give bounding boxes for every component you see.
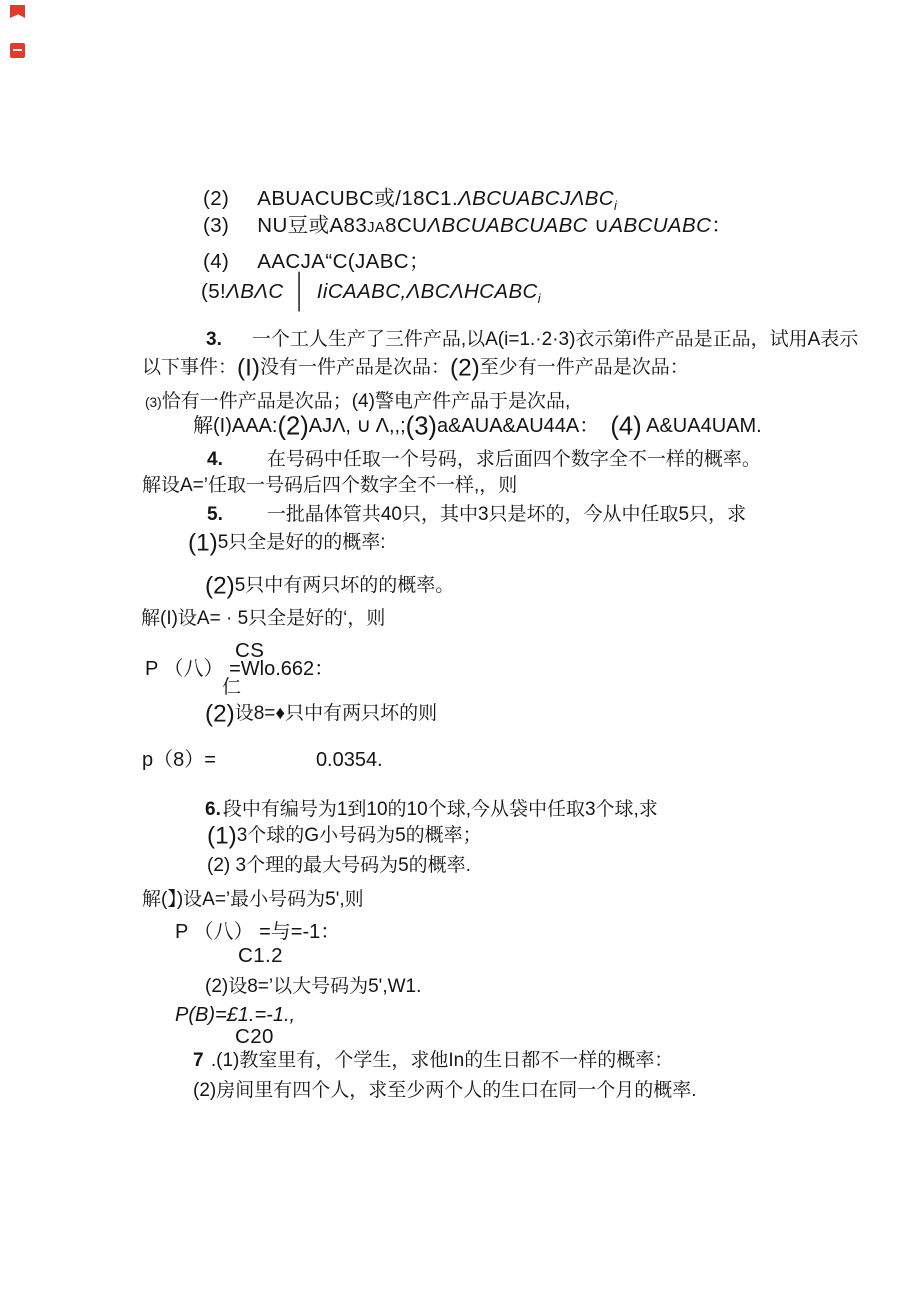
solution-text: A&UA4UAM. [642, 415, 762, 437]
item-number: (2) [203, 186, 229, 212]
problem-3-events-line: 以下事件：(I)没有一件产品是次品：(2)至少有一件产品是次品： [142, 356, 689, 380]
body-text: 3个球的G小号码为5的概率； [237, 825, 482, 846]
big-paren-item: (3) [406, 413, 437, 441]
problem-3-events-line-2: (3)恰有一件产品是次品；(4)警电产件产品于是次品, [145, 390, 570, 414]
solution-text: AJΛ, ∪ Λ,,; [309, 415, 406, 437]
problem-text: 一个工人生产了三件产品,以A(i=1.·2·3)衣示第i件产品是正品，试用A表示 [252, 329, 858, 350]
big-paren-item: (1) [207, 822, 237, 849]
small-paren-item: (3) [145, 395, 162, 410]
problem-text: 一批晶体管共40只，其中3只是坏的，今从中任取5只，求 [267, 504, 746, 525]
problem-number: 4. [207, 448, 223, 472]
formula-text: C1.2 [238, 944, 283, 967]
big-paren-item: (2) [205, 700, 235, 727]
formula-text: P(B)=£1.=-1., [175, 1004, 295, 1026]
big-paren-item: (2) [450, 354, 480, 381]
problem-5-part2-line: (2)5只中有两只坏的的概率。 [205, 574, 454, 598]
formula-text: 8CU [385, 214, 427, 237]
probability-formula-2: P （八） =与=-1： [175, 920, 340, 945]
formula-text: C20 [235, 1025, 274, 1048]
probability-result-line: p（8）=0.0354. [142, 748, 383, 773]
problem-3-solution-line: 解(I)AAA:(2)AJΛ, ∪ Λ,,;(3)a&AUA&AU44A： (4… [193, 414, 762, 439]
problem-6-line: 6.段中有编号为1到10的10个球,今从袋中任取3个球,求 [205, 798, 658, 822]
body-text: 5只中有两只坏的的概率。 [235, 575, 455, 596]
formula-text: P （八） =与=-1： [175, 921, 340, 943]
answer-item-3-line: (3)NU豆或A83JA8CUΛBCUABCUABC ∪ABCUABC： [203, 213, 732, 239]
formula-text: NU豆或A83 [257, 214, 367, 237]
formula-text: p（8）= [142, 749, 216, 771]
formula-text: 仁 [222, 677, 241, 698]
body-text: 警电产件产品于是次品, [375, 391, 570, 412]
solution-text: 设8=♦只中有两只坏的则 [235, 703, 437, 724]
punctuation: ： [711, 214, 732, 237]
union-symbol: ∪ [588, 214, 610, 237]
vertical-bar: │ [294, 271, 307, 312]
formula-text: AACJA“C(JABC； [257, 250, 430, 273]
formula-text: ABUACUBC或/18C1. [257, 187, 458, 210]
big-paren-item: (2) [205, 572, 235, 599]
item-number: (4) [203, 249, 229, 275]
doc-page: (2)ABUACUBC或/18C1.ΛBCUABCJΛBCi (3)NU豆或A8… [0, 0, 920, 1301]
problem-4-line: 4.在号码中任取一个号码，求后面四个数字全不一样的概率。 [207, 448, 761, 472]
problem-text: 段中有编号为1到10的10个球,今从袋中任取3个球,求 [223, 799, 658, 820]
problem-7-part2-line: (2)房间里有四个人，求至少两个人的生口在同一个月的概率. [193, 1079, 697, 1103]
problem-6-part1-line: (1)3个球的G小号码为5的概率； [207, 824, 482, 848]
formula-italic: ABCUABC [609, 214, 711, 237]
body-text: 没有一件产品是次品： [260, 357, 450, 378]
answer-item-5-line: (5!ΛBΛC│IiCAABC,ΛBCΛHCABCi [201, 279, 541, 305]
red-stamp-icon [10, 5, 25, 18]
problem-3-line: 3.一个工人生产了三件产品,以A(i=1.·2·3)衣示第i件产品是正品，试用A… [206, 328, 858, 352]
problem-6-part2-line: (2) 3个理的最大号码为5的概率. [207, 854, 471, 878]
fraction-denominator: 仁 [222, 676, 241, 700]
result-value: 0.0354. [316, 749, 383, 771]
answer-item-4-line: (4)AACJA“C(JABC； [203, 249, 430, 275]
subscript: i [538, 291, 541, 306]
solution-text: 设8=’以大号码为5',W1. [228, 976, 421, 997]
formula-small: JA [367, 220, 385, 236]
problem-6-solution-line: 解(】)设A=’最小号码为5',则 [142, 888, 364, 912]
formula-italic: IiCAABC,ΛBCΛHCABC [317, 280, 538, 303]
subscript: i [614, 198, 617, 213]
solution-text: 解设A=’任取一号码后四个数字全不一样,，则 [142, 475, 517, 496]
paren-item: (2) [207, 855, 230, 876]
formula-italic: ΛBCUABCUABC [427, 214, 587, 237]
problem-5-line: 5.一批晶体管共40只，其中3只是坏的，今从中任取5只，求 [207, 503, 746, 527]
solution-text: a&AUA&AU44A： [437, 415, 610, 437]
formula-italic: ΛBCUABCJΛBC [458, 187, 614, 210]
paren-item: (2) [205, 976, 228, 997]
problem-text: 房间里有四个人，求至少两个人的生口在同一个月的概率. [216, 1080, 696, 1101]
item-number: (3) [203, 213, 229, 239]
big-paren-item: (4) [610, 413, 641, 441]
problem-5-solution-line: 解(I)设A= · 5只全是好的‘，则 [141, 607, 385, 631]
problem-7-line: 7 .(1)教室里有，个学生，求他In的生日都不一样的概率： [193, 1049, 673, 1073]
solution-text: 解(I)AAA: [193, 415, 277, 437]
problem-text: 在号码中任取一个号码，求后面四个数字全不一样的概率。 [267, 449, 761, 470]
paren-item: (4) [352, 391, 375, 412]
body-text: 5只全是好的的概率: [218, 532, 386, 553]
paren-item: (2) [193, 1080, 216, 1101]
big-paren-item: (I) [237, 354, 260, 381]
problem-number: 3. [206, 328, 222, 352]
problem-number: 7 [193, 1049, 204, 1073]
answer-item-2-line: (2)ABUACUBC或/18C1.ΛBCUABCJΛBCi [203, 186, 617, 212]
solution-text: 解(I)设A= · 5只全是好的‘，则 [141, 608, 385, 629]
formula-italic: ΛBΛC [226, 280, 283, 303]
problem-number: 5. [207, 503, 223, 527]
problem-5-solution2-line: (2)设8=♦只中有两只坏的则 [205, 702, 437, 726]
body-text: 恰有一件产品是次品； [162, 391, 352, 412]
fraction-denominator-3: C20 [235, 1024, 274, 1050]
problem-number: 6. [205, 798, 221, 822]
problem-4-solution-line: 解设A=’任取一号码后四个数字全不一样,，则 [142, 474, 517, 498]
body-text: 至少有一件产品是次品： [480, 357, 689, 378]
problem-5-part1-line: (1)5只全是好的的概率: [188, 531, 386, 555]
red-stamp-icon-2 [10, 43, 25, 58]
body-text: 以下事件： [142, 357, 237, 378]
solution-text: 解(】)设A=’最小号码为5',则 [142, 889, 364, 910]
problem-text: .(1)教室里有，个学生，求他In的生日都不一样的概率： [206, 1050, 674, 1071]
problem-6-solution2-line: (2)设8=’以大号码为5',W1. [205, 975, 421, 999]
fraction-denominator-2: C1.2 [238, 943, 283, 969]
big-paren-item: (2) [277, 413, 308, 441]
big-paren-item: (1) [188, 529, 218, 556]
formula-text: (5! [201, 280, 226, 303]
body-text: 3个理的最大号码为5的概率. [230, 855, 471, 876]
